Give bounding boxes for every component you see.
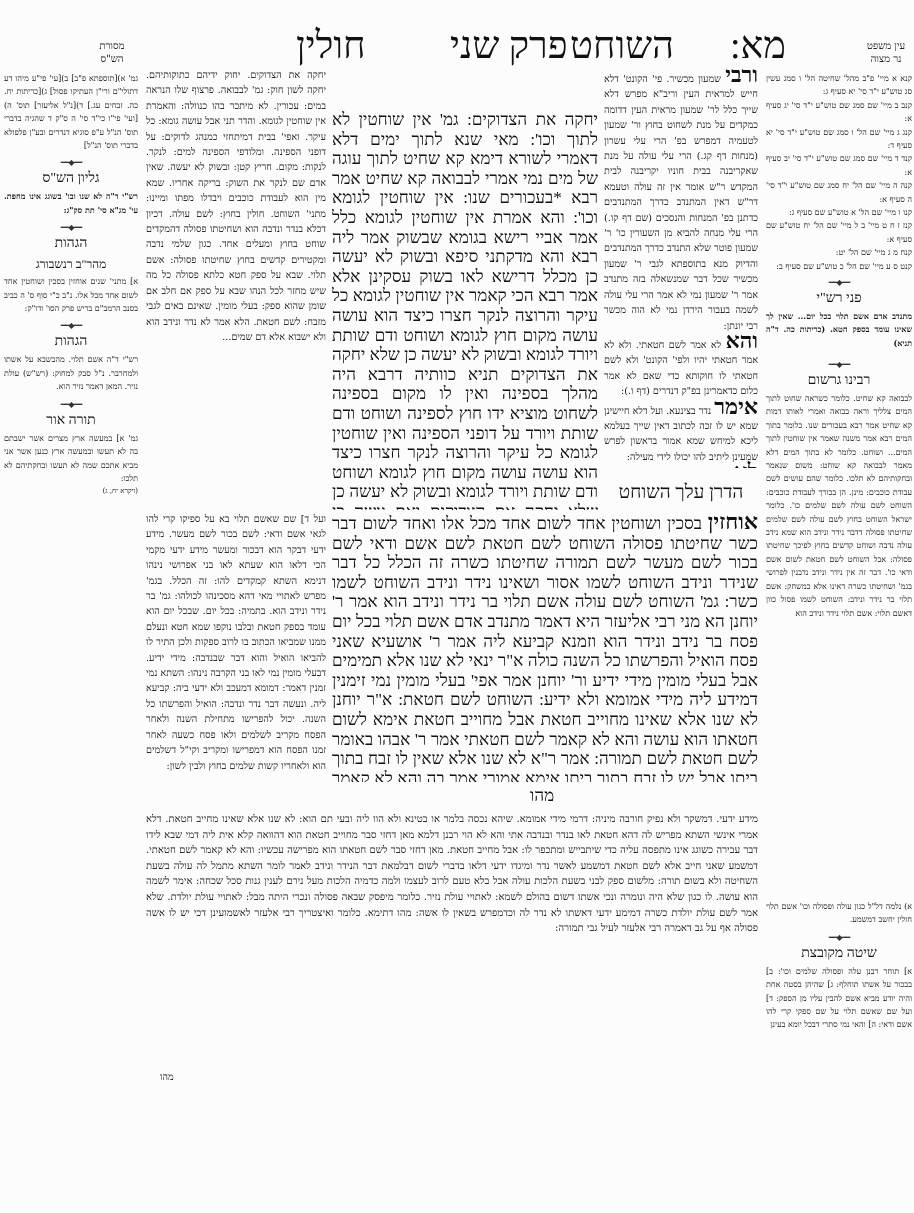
ein-mishpat-column: קנא א מיי' פ"ב מהל' שחיטה הל' ו סמג עשין… <box>766 72 912 273</box>
rashi-opening-word: ורבי <box>725 68 758 88</box>
tractate-name: חולין <box>296 26 366 66</box>
chapter-number: פרק שני <box>450 26 568 66</box>
torah-or-text: גמ' א] במעשה ארץ מצרים אשר ישבתם בה לא ת… <box>4 432 138 486</box>
shita-mekubetzet-text: א] תוחר רבנן עלה ופסולה שלמים וכו': ב] ב… <box>766 965 912 1032</box>
tosafot-lower-column: ועל ד] שם שאשם תלוי בא על ספיקו קרי להו … <box>146 512 326 807</box>
rashi-text: שמעון מכשיר. פי' הקונט' דלא חייש למראית … <box>604 74 758 332</box>
ornament-divider: ━━◆━━ <box>4 158 138 168</box>
rabbeinu-gershom-title: רבינו גרשום <box>766 372 912 390</box>
tosafot-bottom: מידע ידעי. דמשקר ולא נפיק חורבה מיניה: ד… <box>146 812 758 1062</box>
ornament-divider: ━━◆━━ <box>766 933 912 943</box>
hagahot-subtitle: מהר"ב רנשבורג <box>4 255 138 273</box>
shita-mekubetzet-title: שיטה מקובצת <box>766 945 912 963</box>
page-header: עין משפט נר מצוה מא: השוחט פרק שני חולין… <box>0 22 914 68</box>
hagahot-text: א] מתני' שנים אוחזין בסכין ושוחטין אחד ל… <box>4 275 138 315</box>
hagahot-title: הגהות <box>4 235 138 253</box>
ein-mishpat-entry: קנא א מיי' פ"ב מהל' שחיטה הל' ו סמג עשין… <box>766 72 912 99</box>
ein-mishpat-entry: קנח מ ג מיי' שם הל' יט: <box>766 246 912 259</box>
ein-mishpat-entry: קנג ג מיי' שם הל' ו סמג שם טוש"ע י"ד סי'… <box>766 126 912 153</box>
shita-mekubetzet-section: א) נלמה דל"ל כגון עולה ופסולה וכו' אשם ת… <box>766 900 912 1032</box>
torah-or-source: (ויקרא יח, ג) <box>4 485 138 498</box>
tosafot-bottom-text: מידע ידעי. דמשקר ולא נפיק חורבה מיניה: ד… <box>146 814 758 934</box>
rashi-opening-word: והא <box>726 328 758 354</box>
ein-mishpat-entry: קנה ה מיי' שם הל' יח סמג שם טוש"ע י"ד סי… <box>766 179 912 206</box>
left-margin: גמ' א)[תוספתא פ"ב] ב)[עי' פי"ע מיהו דע ד… <box>4 72 138 499</box>
ornament-divider: ━━◆━━ <box>766 360 912 370</box>
gemara-upper: יחקה את הצדוקים: גמ' אין שוחטין לא לתוך … <box>332 110 598 510</box>
gemara-middle-text: בסכין ושוחטין אחד לשום אחד מכל אלו ואחד … <box>332 514 758 782</box>
tosafot-upper-text: יחקה את הצדוקים. יחוק ידיהם כתוקותיהם. י… <box>146 70 326 343</box>
gilyon-hashas-text: רש"י ד"ה לא שנו ובו' בשוגג אינו מחפת. עי… <box>4 190 138 217</box>
hagahot-title-2: הגהות <box>4 333 138 351</box>
ein-mishpat-entry: קנז ז ח ט מיי' ב ל מיי' שם הל' יח טוש"ע … <box>766 219 912 246</box>
gemara-last-word: מהו <box>530 786 554 806</box>
penei-rashi-title: פני רש"י <box>766 290 912 308</box>
ornament-divider: ━━◆━━ <box>4 400 138 410</box>
gilyon-hashas-title: גליון הש"ס <box>4 170 138 188</box>
hadran-heading: הדרן עלך השוחט <box>604 482 758 504</box>
catchword: מהו <box>160 1070 174 1085</box>
tosafot-upper-column: יחקה את הצדוקים. יחוק ידיהם כתוקותיהם. י… <box>146 68 326 508</box>
torah-or-title: תורה אור <box>4 412 138 430</box>
gemara-middle: אוחזין בסכין ושוחטין אחד לשום אחד מכל אל… <box>332 512 758 782</box>
rashi-upper-column: ורבי שמעון מכשיר. פי' הקונט' דלא חייש למ… <box>604 68 758 468</box>
rashi-opening-word: לא <box>734 459 758 468</box>
masoret-hashas-text: גמ' א)[תוספתא פ"ב] ב)[עי' פי"ע מיהו דע ד… <box>4 72 138 152</box>
shita-note: א) נלמה דל"ל כגון עולה ופסולה וכו' אשם ת… <box>766 900 912 927</box>
ornament-divider: ━━◆━━ <box>4 223 138 233</box>
penei-rashi-section: ━━◆━━ פני רש"י מתנדב אדם אשם תלוי בכל יו… <box>766 272 912 350</box>
hagahot-text-2: רש"י ד"ה אשם תלוי. מהבשבא על אשתו ולמחרב… <box>4 353 138 393</box>
chapter-name: השוחט <box>570 26 674 66</box>
page-number: מא: <box>730 26 786 66</box>
masoret-label: מסורת הש"ס <box>84 40 140 66</box>
mishnah-opening-word: אוחזין <box>708 512 758 534</box>
ein-mishpat-entry: קנב ב מיי' שם סמג שם טוש"ע י"ד סי' יג סע… <box>766 99 912 126</box>
rabbeinu-gershom-text: לבבואה קא שחיט. כלומר כשראה שחוט לתוך המ… <box>766 392 912 620</box>
rabbeinu-gershom-section: ━━◆━━ רבינו גרשום לבבואה קא שחיט. כלומר … <box>766 354 912 894</box>
ornament-divider: ━━◆━━ <box>766 278 912 288</box>
rashi-opening-word: אימר <box>714 394 758 420</box>
ein-mishpat-label: עין משפט נר מצוה <box>858 40 914 66</box>
gemara-upper-text: יחקה את הצדוקים: גמ' אין שוחטין לא לתוך … <box>332 110 598 510</box>
ornament-divider: ━━◆━━ <box>4 321 138 331</box>
ein-mishpat-entry: קנו ו מיי' שם הל' א טוש"ע שם סעיף ג: <box>766 206 912 219</box>
tosafot-lower-text: ועל ד] שם שאשם תלוי בא על ספיקו קרי להו … <box>146 514 326 772</box>
ein-mishpat-entry: קנד ד מיי' שם סמג שם טוש"ע י"ד סי' יב סע… <box>766 152 912 179</box>
penei-rashi-text: מתנדב אדם אשם תלוי בכל יום... שאין לך שא… <box>766 310 912 350</box>
